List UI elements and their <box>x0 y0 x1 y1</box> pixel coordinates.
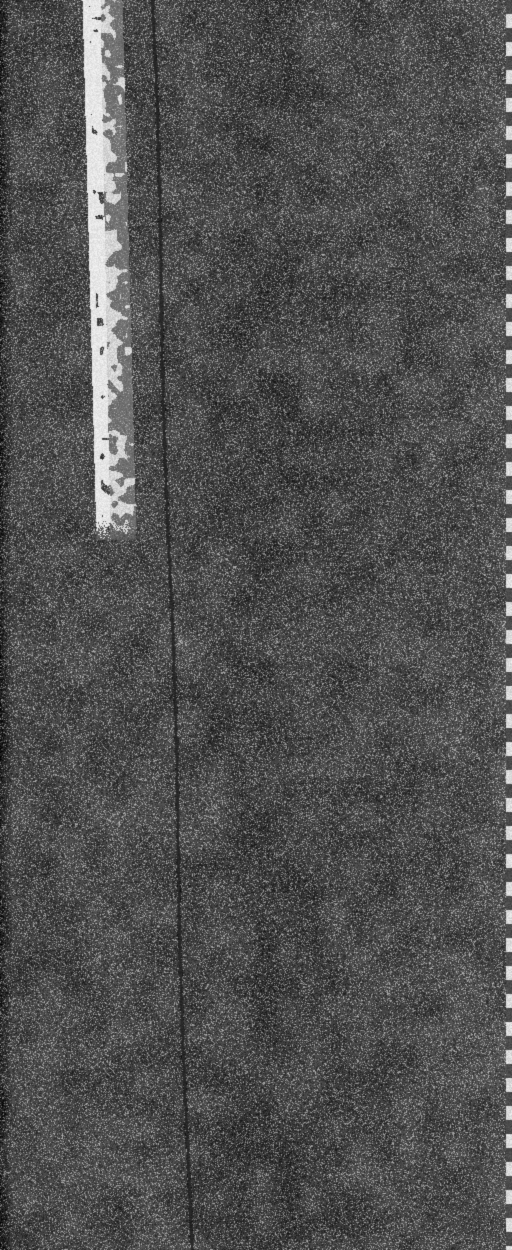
asphalt-texture-canvas <box>0 0 512 1250</box>
asphalt-photo: Grayscale top-down photograph of asphalt… <box>0 0 512 1250</box>
